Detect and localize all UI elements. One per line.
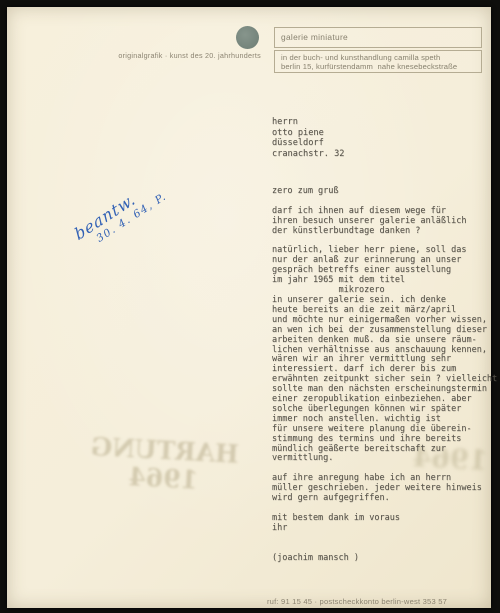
gallery-address: in der buch- und kunsthandlung camilla s… bbox=[275, 51, 481, 71]
handwritten-note: beantw. 30. 4. 64, P. bbox=[71, 175, 169, 254]
letterhead-address-box: in der buch- und kunsthandlung camilla s… bbox=[274, 50, 482, 73]
gallery-dot-logo bbox=[236, 26, 259, 49]
letter-body: zero zum gruß darf ich ihnen auf diesem … bbox=[272, 187, 497, 563]
footer-bank-line: ruf: 91 15 45 · postscheckkonto berlin-w… bbox=[7, 597, 500, 606]
scan-background: originalgrafik · kunst des 20. jahrhunde… bbox=[0, 0, 500, 613]
letterhead-tagline: originalgrafik · kunst des 20. jahrhunde… bbox=[65, 51, 261, 60]
letter-paper: originalgrafik · kunst des 20. jahrhunde… bbox=[7, 7, 491, 608]
letterhead-gallery-name-box: galerie miniature bbox=[274, 27, 482, 48]
gallery-name: galerie miniature bbox=[275, 28, 481, 42]
recipient-address: herrn otto piene düsseldorf cranachstr. … bbox=[272, 117, 344, 159]
bleed-through-text-left: HARTUNG 1964 bbox=[88, 433, 241, 496]
